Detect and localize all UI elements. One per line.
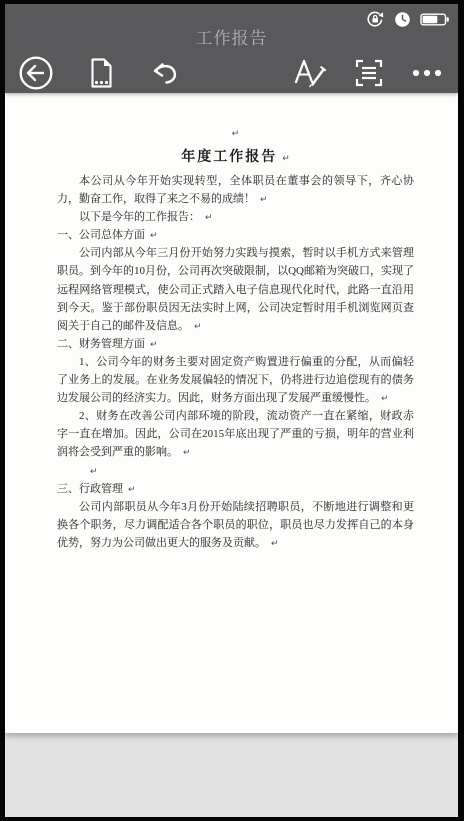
paragraph-text: 二、财务管理方面 (57, 338, 145, 350)
page-title: 工作报告 (5, 28, 458, 49)
paragraph-text: 1、公司今年的财务主要对固定资产购置进行偏重的分配，从而偏轻了业务上的发展。在业… (57, 356, 414, 404)
paragraph-mark: ↵ (205, 212, 213, 222)
undo-button[interactable] (147, 55, 183, 91)
paragraph-text: 公司内部从今年三月份开始努力实践与摸索，暂时以手机方式来管理职员。到今年的10月… (57, 247, 414, 331)
read-mode-icon (352, 56, 386, 90)
paragraph-mark: ↵ (271, 538, 279, 548)
paragraph-text: 本公司从今年开始实现转型，全体职员在董事会的领导下，齐心协力，勤奋工作，取得了来… (57, 175, 414, 205)
paragraph-mark: ↵ (90, 466, 98, 476)
doc-title-text: 年度工作报告 (181, 150, 277, 165)
paragraph-mark: ↵ (128, 484, 136, 494)
paragraph-mark: ↵ (282, 153, 290, 163)
back-circle-icon (17, 54, 55, 92)
paragraph-mark: ↵ (183, 447, 191, 457)
paragraph-mark: ↵ (381, 393, 389, 403)
paragraph-text: 以下是今年的工作报告： (79, 211, 200, 223)
paragraph-text: 一、公司总体方面 (57, 229, 145, 241)
paragraph-mark: ↵ (150, 230, 158, 240)
read-mode-button[interactable] (352, 56, 386, 90)
doc-paragraph: 一、公司总体方面↵ (57, 226, 414, 244)
doc-paragraph: 以下是今年的工作报告：↵ (57, 208, 414, 226)
clock-icon (394, 11, 411, 28)
paragraph-mark: ↵ (194, 321, 202, 331)
undo-arrow-icon (147, 55, 183, 91)
format-button[interactable] (290, 55, 330, 91)
app-screen: 工作报告 (5, 4, 458, 817)
doc-paragraph: 二、财务管理方面↵ (57, 335, 414, 353)
doc-paragraph: 公司内部从今年三月份开始努力实践与摸索，暂时以手机方式来管理职员。到今年的10月… (57, 244, 414, 334)
status-bar (5, 4, 458, 30)
doc-paragraphs: 本公司从今年开始实现转型，全体职员在董事会的领导下，齐心协力，勤奋工作，取得了来… (57, 172, 414, 552)
more-dots-icon (408, 55, 446, 91)
paragraph-mark: ↵ (260, 194, 268, 204)
battery-fill (423, 15, 438, 22)
doc-paragraph: 三、行政管理↵ (57, 480, 414, 498)
app-header: 工作报告 (5, 4, 458, 93)
toolbar (5, 52, 458, 93)
document-scroll-area[interactable]: ↵ 年度工作报告↵ 本公司从今年开始实现转型，全体职员在董事会的领导下，齐心协力… (5, 93, 458, 817)
phone-frame: 工作报告 (0, 0, 464, 821)
paragraph-text: 公司内部职员从今年3月份开始陆续招聘职员，不断地进行调整和更换各个职务，尽力调配… (57, 501, 414, 549)
back-button[interactable] (17, 54, 55, 92)
document-more-icon (83, 55, 119, 91)
doc-paragraph: 2、财务在改善公司内部环境的阶段，流动资产一直在紧缩，财政赤字一直在增加。因此，… (57, 407, 414, 461)
doc-paragraph: 本公司从今年开始实现转型，全体职员在董事会的领导下，齐心协力，勤奋工作，取得了来… (57, 172, 414, 208)
more-button[interactable] (408, 55, 446, 91)
font-edit-icon (290, 55, 330, 91)
doc-paragraph: ↵ (57, 462, 414, 480)
paragraph-text: 三、行政管理 (57, 483, 123, 495)
paragraph-mark: ↵ (150, 339, 158, 349)
document-page[interactable]: ↵ 年度工作报告↵ 本公司从今年开始实现转型，全体职员在董事会的领导下，齐心协力… (5, 93, 458, 733)
leading-paragraph-mark: ↵ (57, 123, 414, 141)
doc-title: 年度工作报告↵ (57, 146, 414, 169)
paragraph-text: 2、财务在改善公司内部环境的阶段，流动资产一直在紧缩，财政赤字一直在增加。因此，… (57, 410, 414, 458)
export-document-button[interactable] (83, 55, 119, 91)
doc-paragraph: 1、公司今年的财务主要对固定资产购置进行偏重的分配，从而偏轻了业务上的发展。在业… (57, 353, 414, 407)
rotation-lock-icon (365, 9, 385, 29)
battery-icon (420, 12, 450, 27)
doc-paragraph: 公司内部职员从今年3月份开始陆续招聘职员，不断地进行调整和更换各个职务，尽力调配… (57, 498, 414, 552)
paragraph-mark: ↵ (232, 128, 240, 138)
